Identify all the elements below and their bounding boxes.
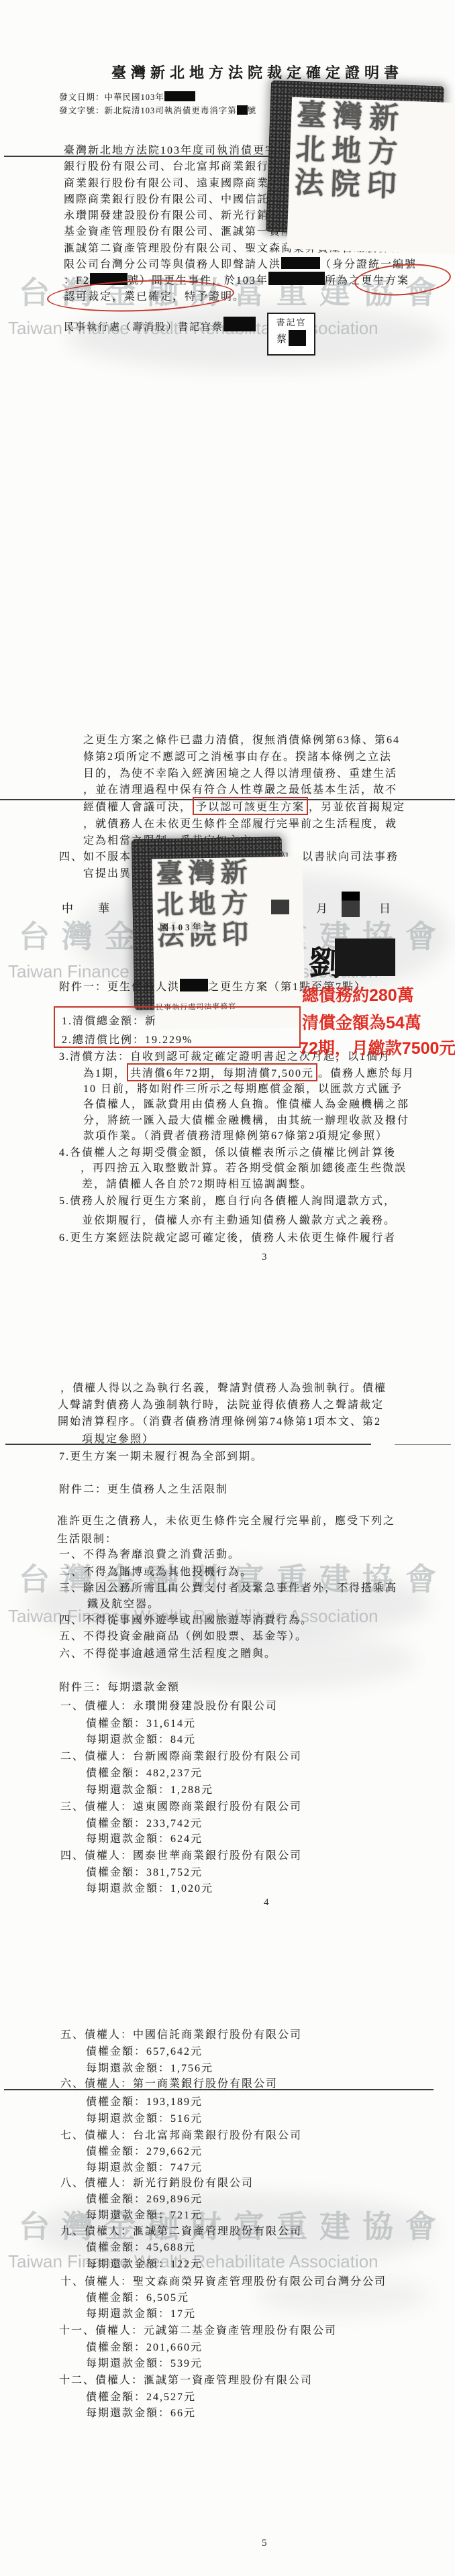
creditor-per-period: 每期還款金額：84元: [86, 1731, 196, 1746]
attach2-line: 准許更生之債務人，未依更生條件完全履行完畢前，應受下列之: [57, 1512, 395, 1527]
body-text: 限公司台灣分公司等與債務人即聲請人洪: [64, 259, 281, 270]
attachment2-heading: 附件二：更生債務人之生活限制: [59, 1481, 228, 1496]
red-annotation-installments: 72期，月繳款7500元: [299, 1035, 455, 1059]
creditor-label: 五、債權人：中國信託商業銀行股份有限公司: [60, 2026, 302, 2041]
attach1-line: 並依期履行，債權人亦有主動通知債務人繳款方式之義務。: [82, 1212, 396, 1227]
creditor-label: 十一、債權人：元誠第二基金資產管理股份有限公司: [59, 2322, 337, 2337]
creditor-per-period: 每期還款金額：1,288元: [86, 1781, 213, 1796]
redaction-box: [289, 330, 306, 346]
red-boxed-text: 共清償6年72期，每期清償7,500元: [127, 1063, 317, 1081]
creditor-label: 一、債權人：永瓚開發建設股份有限公司: [60, 1697, 278, 1713]
attach2-line: 四、不得從事國外遊學或出國旅遊等消費行為。: [59, 1611, 313, 1627]
creditor-per-period: 每期還款金額：539元: [86, 2355, 203, 2370]
creditor-per-period: 每期還款金額：747元: [86, 2159, 203, 2174]
attach1-line: 4.各債權人之每期受償金額，係以債權表所示之債權比例計算後: [59, 1144, 396, 1159]
ruling-line: ，就債務人在未依更生條件全部履行完畢前之生活程度，裁: [83, 815, 397, 830]
court-seal-stamp: 臺灣新北地方法院印: [266, 80, 444, 238]
page-number: 4: [264, 1897, 269, 1909]
issue-date-line: 發文日期：中華民國103年: [59, 91, 195, 103]
creditor-label: 六、債權人：第一商業銀行股份有限公司: [60, 2075, 278, 2090]
attach1-line: 各債權人，匯款費用由債務人負擔。惟債權人為金融機構之部: [83, 1095, 409, 1111]
red-box-annotation: [54, 1006, 301, 1048]
attach1-line: ，再四捨五入取整數計算。若各期受償金額加總後產生些微誤: [81, 1159, 407, 1175]
issue-number-suffix: 號: [248, 106, 257, 115]
creditor-amount: 債權金額：24,527元: [86, 2388, 196, 2404]
attach2-line: 二、不得為賭博或為其他投機行為。: [59, 1563, 252, 1578]
date-month-char: 月: [316, 899, 329, 916]
date-char: 中: [62, 899, 74, 916]
creditor-label: 七、債權人：台北富邦商業銀行股份有限公司: [60, 2127, 302, 2142]
ruling-line: 經債權人會議可決，予以認可該更生方案，另並依首揭規定: [83, 797, 405, 815]
creditor-amount: 債權金額：233,742元: [86, 1815, 203, 1830]
creditor-per-period: 每期還款金額：1,020元: [86, 1880, 213, 1895]
redaction-box: [335, 938, 395, 976]
redaction-box: [237, 105, 248, 115]
court-seal-text: 臺灣新北地方法院印: [294, 99, 418, 205]
attach1-line: 6.更生方案經法院裁定認可確定後，債務人未依更生條件履行者: [59, 1229, 396, 1244]
ruling-line: ，並在清理過程中保有符合人性尊嚴之最低基本生活，故不: [83, 781, 397, 796]
creditor-per-period: 每期還款金額：1,756元: [86, 2059, 213, 2075]
court-seal-text: 臺灣新北地方法院印: [156, 857, 264, 952]
creditor-amount: 債權金額：381,752元: [86, 1864, 203, 1879]
red-annotation-total-debt: 總債務約280萬: [302, 982, 414, 1006]
attach1-line: ，債權人得以之為執行名義，聲請對債務人為強制執行。債權: [60, 1379, 387, 1395]
attach2-line: 生活限制：: [57, 1530, 117, 1546]
red-annotation-repay-amount: 清償金額為54萬: [302, 1010, 421, 1034]
page-number: 5: [262, 2538, 267, 2549]
redaction-box: [164, 91, 195, 101]
issue-date-text: 發文日期：中華民國103年: [59, 93, 164, 102]
attach1-text: 。債務人應於每月: [318, 1068, 415, 1079]
attach2-line: 三、除因公務所需且由公費支付者及緊急事件者外，不得搭乘高: [59, 1579, 397, 1595]
creditor-amount: 債權金額：31,614元: [86, 1715, 196, 1730]
attach1-text: 為1期，: [83, 1068, 126, 1079]
creditor-per-period: 每期還款金額：721元: [86, 2206, 203, 2222]
ruling-text: 經債權人會議可決，: [83, 802, 192, 813]
date-char: 華: [98, 899, 111, 916]
attach1-line: 項規定參照）: [82, 1430, 154, 1446]
document-title: 臺灣新北地方法院裁定確定證明書: [111, 62, 403, 83]
creditor-amount: 債權金額：6,505元: [86, 2289, 189, 2304]
creditor-label: 九、債權人：滙誠第二資產管理股份有限公司: [60, 2222, 302, 2238]
ruling-line: 目的，為使不幸陷入經濟困境之人得以清理債務、重建生活: [83, 765, 397, 780]
scan-divider-line: [5, 1444, 371, 1445]
clerk-stamp-row: 蔡: [268, 330, 314, 346]
ruling-line: 條第2項所定不應認可之消極事由存在。揆諸本條例之立法: [83, 748, 392, 763]
creditor-label: 四、債權人：國泰世華商業銀行股份有限公司: [60, 1847, 302, 1862]
creditor-amount: 債權金額：269,896元: [86, 2190, 203, 2206]
clerk-stamp-title: 書記官: [268, 315, 314, 328]
creditor-label: 三、債權人：遠東國際商業銀行股份有限公司: [60, 1798, 302, 1813]
attach2-line: 鐵及航空器。: [87, 1595, 160, 1611]
creditor-per-period: 每期還款金額：122元: [86, 2255, 203, 2271]
attach2-line: 五、不得投資金融商品（例如股票、基金等）。: [59, 1627, 307, 1643]
attach1-line: 為1期，共清償6年72期，每期清償7,500元。債務人應於每月: [83, 1063, 415, 1081]
clerk-text: 民事執行處（壽消股）書記官蔡: [64, 322, 223, 333]
creditor-label: 二、債權人：台新國際商業銀行股份有限公司: [60, 1748, 302, 1763]
creditor-per-period: 每期還款金額：17元: [86, 2305, 196, 2320]
creditor-label: 十、債權人：聖文森商榮昇資產管理股份有限公司台灣分公司: [60, 2273, 387, 2288]
court-seal-year: 國103年: [160, 920, 204, 933]
attach2-line: 六、不得從事逾越通常生活程度之贈與。: [59, 1645, 276, 1660]
issue-number-line: 發文字號：新北院清103司執消債更毒消字第號: [59, 104, 256, 116]
creditor-per-period: 每期還款金額：516元: [86, 2110, 203, 2125]
page-number: 3: [262, 1252, 267, 1263]
creditor-amount: 債權金額：45,688元: [86, 2239, 196, 2254]
red-boxed-text: 予以認可該更生方案: [193, 797, 308, 815]
attach1-line: 款項作業。（消費者債務清理條例第67條第2項規定參照）: [83, 1127, 388, 1142]
body-line: 限公司台灣分公司等與債務人即聲請人洪（身分證統一編號: [64, 256, 417, 271]
ruling-text: ，另並依首揭規定: [309, 802, 405, 813]
redaction-box: [281, 257, 320, 269]
creditor-amount: 債權金額：657,642元: [86, 2043, 203, 2058]
attach2-line: 一、不得為奢靡浪費之消費活動。: [59, 1546, 240, 1561]
creditor-amount: 債權金額：201,660元: [86, 2339, 203, 2354]
redaction-box: [223, 317, 256, 331]
attach1-line: 5.債務人於履行更生方案前，應自行向各債權人詢問還款方式，: [59, 1192, 396, 1207]
creditor-label: 八、債權人：新光行銷股份有限公司: [60, 2174, 254, 2190]
creditor-per-period: 每期還款金額：66元: [86, 2404, 196, 2420]
creditor-amount: 債權金額：482,237元: [86, 1764, 203, 1780]
attachment3-heading: 附件三：每期還款金額: [59, 1678, 180, 1694]
redaction-box: [180, 979, 208, 991]
creditor-amount: 債權金額：193,189元: [86, 2093, 203, 2108]
attachment1-heading-text: 附件一：更生債務人洪: [59, 981, 180, 993]
scan-divider-line: [395, 1444, 451, 1445]
creditor-amount: 債權金額：279,662元: [86, 2143, 203, 2158]
attach1-line: 差，請債權人各自於72期時相互協調調整。: [82, 1175, 313, 1191]
attach1-line: 10 日前，將如附件三所示之每期應償金額，以匯款方式匯予: [83, 1080, 403, 1095]
creditor-per-period: 每期還款金額：624元: [86, 1830, 203, 1845]
redaction-box: [268, 272, 325, 285]
redaction-box: [342, 892, 360, 917]
redaction-box: [271, 900, 289, 914]
court-seal-inner: 臺灣新北地方法院印 國103年 民事執行處司法事務官: [152, 857, 305, 1030]
issue-number-text: 發文字號：新北院清103司執消債更毒消字第: [59, 106, 237, 115]
clerk-name-stamp: 書記官 蔡: [267, 313, 315, 356]
scanned-court-document: 台灣金融財富重建協會 Taiwan Finance Wealth Rehabil…: [0, 0, 455, 2576]
clerk-line: 民事執行處（壽消股）書記官蔡: [64, 317, 256, 333]
ruling-line: 之更生方案之條件已盡力清償，復無消債條例第63條、第64: [83, 731, 400, 747]
creditor-label: 十二、債權人：滙誠第一資產管理股份有限公司: [59, 2371, 313, 2387]
attach1-line: 人聲請對債務人為強制執行時，法院並得依債務人之聲請裁定: [58, 1396, 384, 1411]
attach1-line: 開始清算程序。（消費者債務清理條例第74條第1項本文、第2: [58, 1413, 381, 1428]
date-day-char: 日: [379, 899, 392, 916]
court-seal-inner: 臺灣新北地方法院印: [287, 97, 455, 255]
attach1-line: 7.更生方案一期未履行視為全部到期。: [59, 1448, 263, 1463]
attach1-line: 分，將統一匯入最大債權金融機構，由其統一辦理收款及撥付: [83, 1112, 409, 1127]
clerk-stamp-surname: 蔡: [276, 331, 287, 345]
body-text: 臺灣新北地方法院103年度司執消債更字第: [64, 145, 289, 156]
